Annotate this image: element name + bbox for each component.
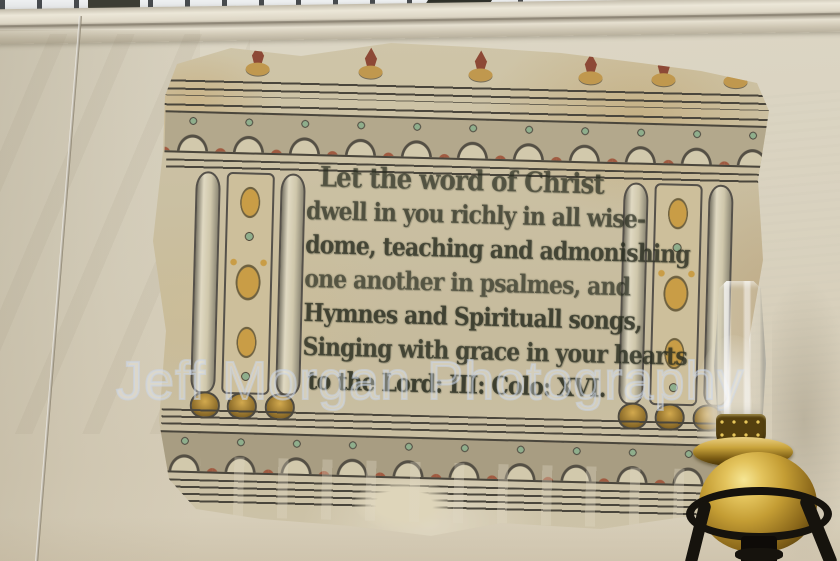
lamp-glass-chimney <box>714 281 766 423</box>
lamp-stem-knob <box>735 548 783 561</box>
photograph: Let the word of Christ dwell in you rich… <box>0 0 840 561</box>
oil-lamp <box>0 0 840 561</box>
